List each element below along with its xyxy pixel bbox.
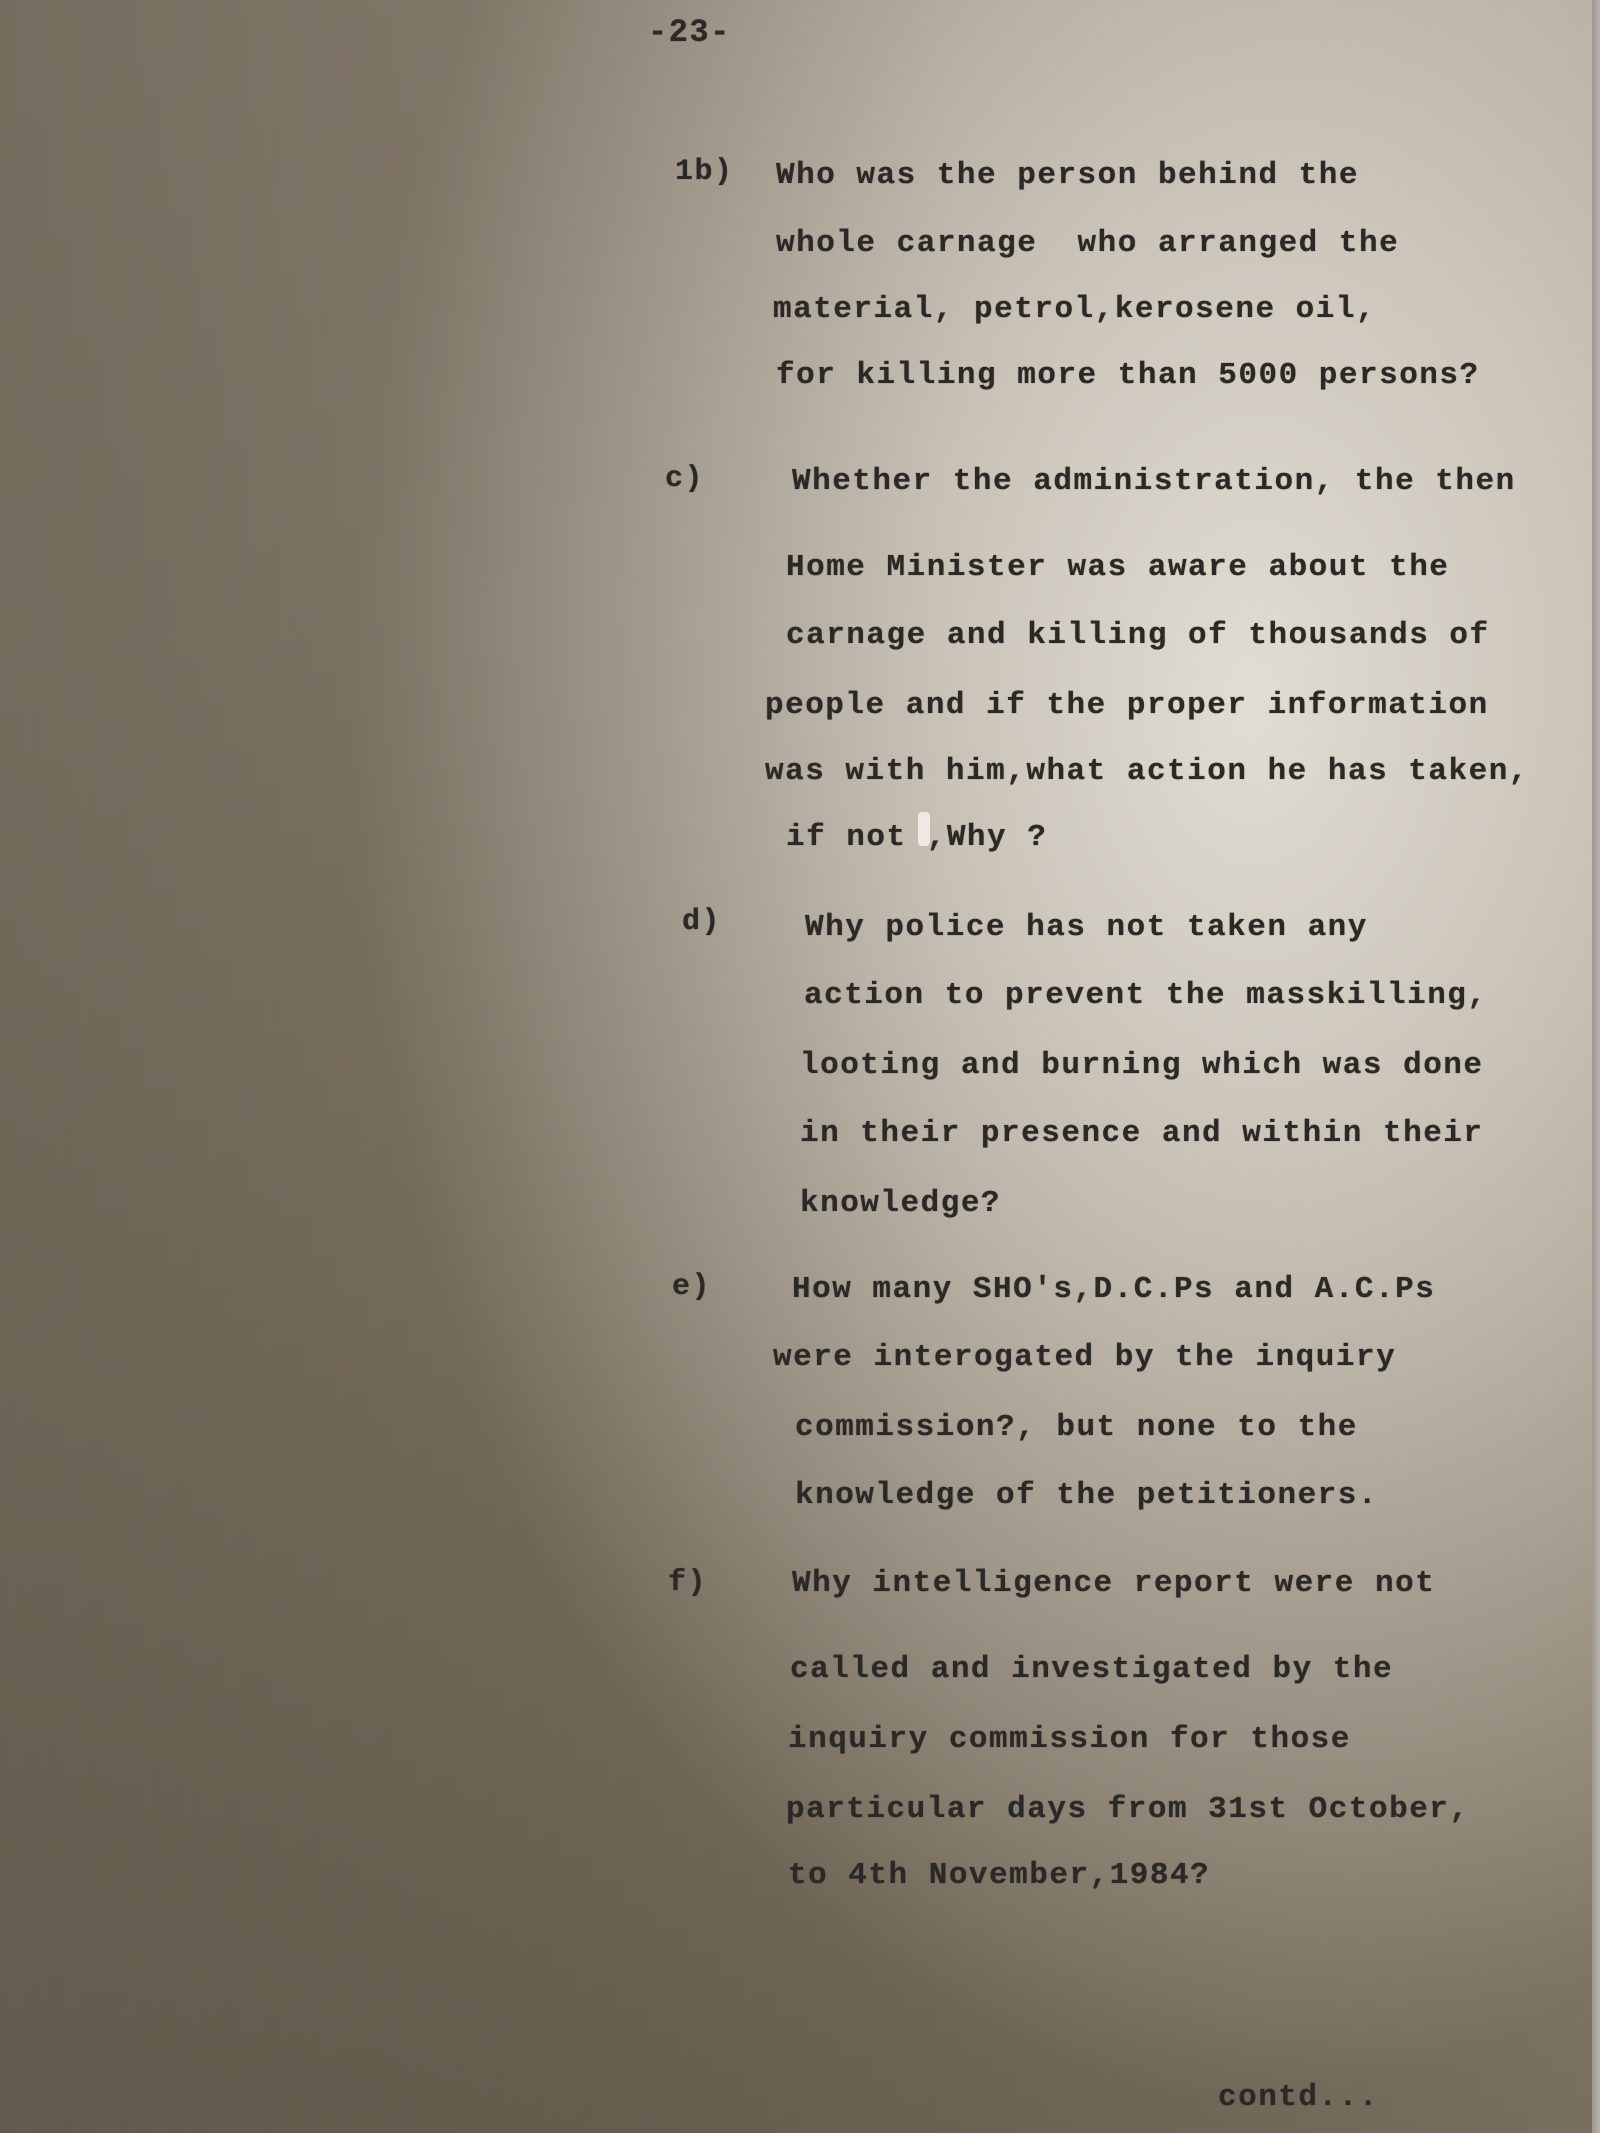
- item-e-line-3: commission?, but none to the: [795, 1410, 1358, 1445]
- item-b-line-4: for killing more than 5000 persons?: [776, 358, 1480, 393]
- item-e-line-1: How many SHO's,D.C.Ps and A.C.Ps: [792, 1272, 1435, 1307]
- item-e-line-4: knowledge of the petitioners.: [795, 1478, 1378, 1513]
- item-f-line-4: particular days from 31st October,: [786, 1792, 1470, 1827]
- item-label-f: f): [668, 1566, 707, 1600]
- item-f-line-5: to 4th November,1984?: [788, 1858, 1210, 1893]
- correction-fluid-mark: [918, 812, 930, 846]
- continued-marker: contd...: [1218, 2080, 1379, 2115]
- item-b-line-1: Who was the person behind the: [776, 158, 1359, 193]
- item-e-line-2: were interogated by the inquiry: [773, 1340, 1396, 1375]
- item-f-line-2: called and investigated by the: [790, 1652, 1393, 1687]
- item-label-b: 1b): [675, 155, 734, 189]
- page-edge-shadow: [1592, 0, 1600, 2133]
- item-d-line-3: looting and burning which was done: [800, 1048, 1484, 1083]
- item-c-line-6: if not ,Why ?: [786, 820, 1047, 855]
- item-c-line-2: Home Minister was aware about the: [786, 550, 1449, 585]
- page-number: -23-: [648, 14, 731, 51]
- item-d-line-5: knowledge?: [800, 1186, 1001, 1221]
- item-c-line-3: carnage and killing of thousands of: [786, 618, 1490, 653]
- item-b-line-2: whole carnage who arranged the: [776, 226, 1399, 261]
- item-d-line-1: Why police has not taken any: [805, 910, 1368, 945]
- item-c-line-5: was with him,what action he has taken,: [765, 754, 1529, 789]
- item-f-line-3: inquiry commission for those: [788, 1722, 1351, 1757]
- item-label-c: c): [665, 462, 704, 496]
- item-c-line-1: Whether the administration, the then: [792, 464, 1516, 499]
- item-d-line-2: action to prevent the masskilling,: [804, 978, 1488, 1013]
- item-b-line-3: material, petrol,kerosene oil,: [773, 292, 1376, 327]
- item-f-line-1: Why intelligence report were not: [792, 1566, 1435, 1601]
- item-c-line-4: people and if the proper information: [765, 688, 1489, 723]
- item-d-line-4: in their presence and within their: [800, 1116, 1484, 1151]
- item-label-e: e): [672, 1270, 711, 1304]
- item-label-d: d): [682, 905, 721, 939]
